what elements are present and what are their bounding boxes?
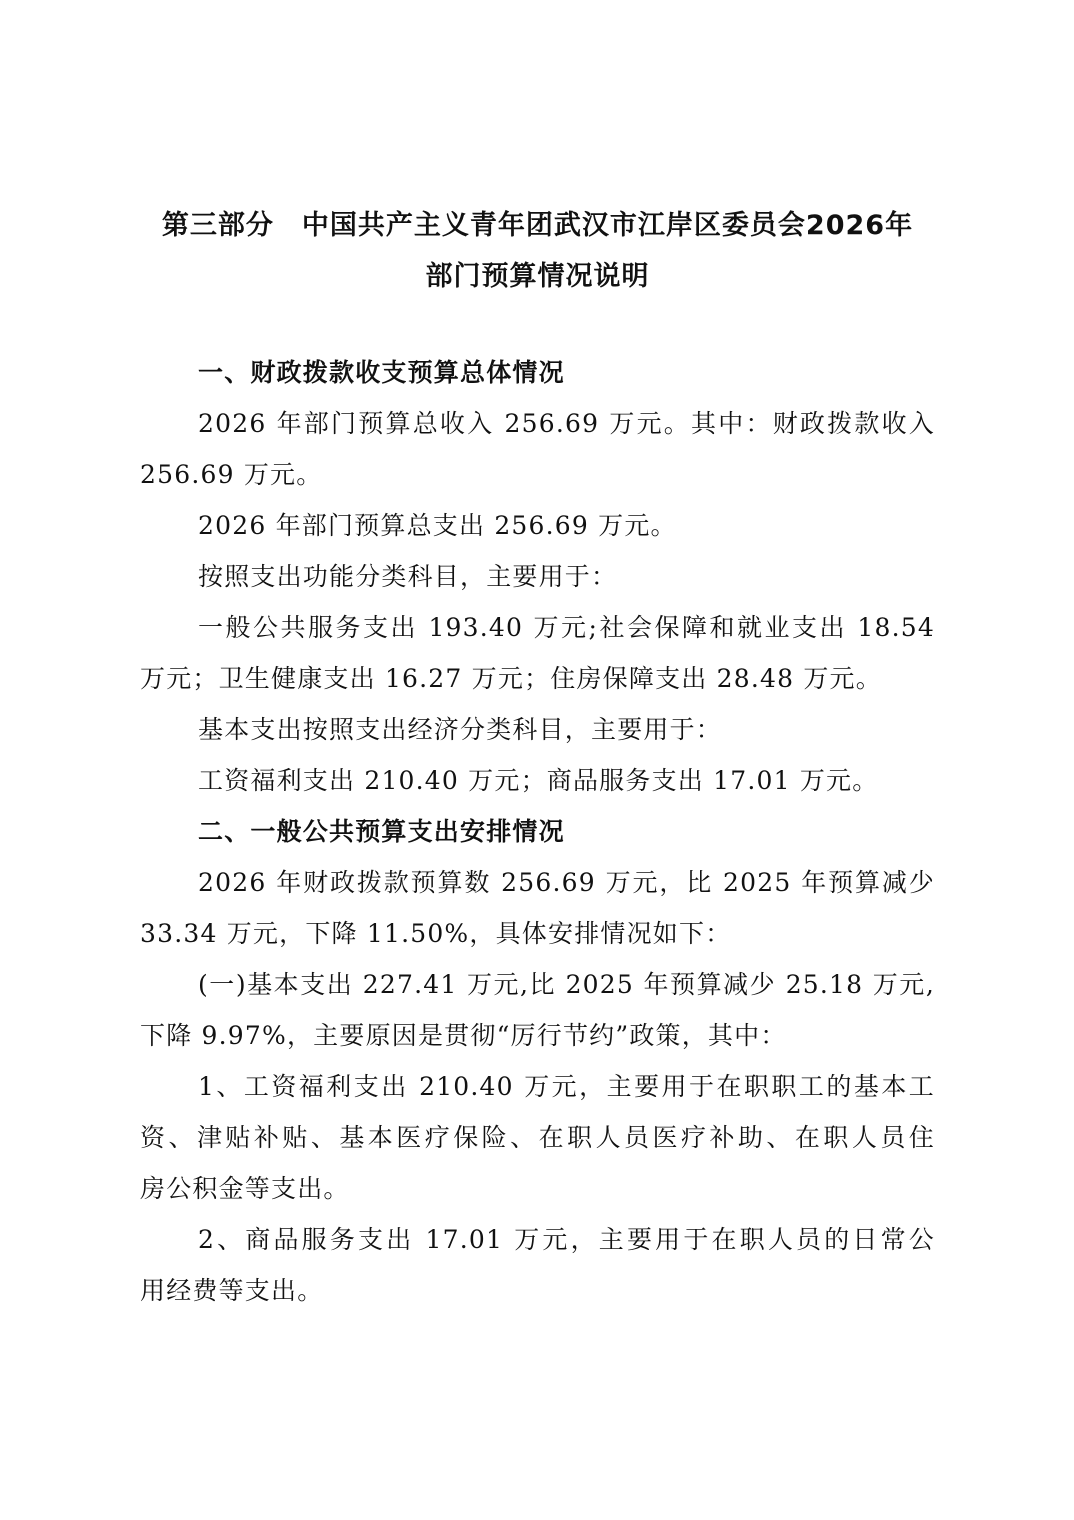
section-2-paragraph-2-line-2: 下降 9.97%，主要原因是贯彻“厉行节约”政策，其中： [140,1019,935,1053]
section-2-paragraph-3-line-1: 1、工资福利支出 210.40 万元，主要用于在职职工的基本工 [198,1070,935,1104]
document-title-line-1: 第三部分 中国共产主义青年团武汉市江岸区委员会2026年 [140,203,935,242]
document-page: 第三部分 中国共产主义青年团武汉市江岸区委员会2026年 部门预算情况说明 一、… [0,0,1074,1520]
section-1-paragraph-4-line-1: 一般公共服务支出 193.40 万元;社会保障和就业支出 18.54 [198,611,935,645]
section-2-paragraph-2-line-1: (一)基本支出 227.41 万元,比 2025 年预算减少 25.18 万元, [198,968,935,1002]
section-2-heading: 二、一般公共预算支出安排情况 [198,815,935,849]
section-2-paragraph-4-line-2: 用经费等支出。 [140,1274,935,1308]
section-2-paragraph-4-line-1: 2、商品服务支出 17.01 万元，主要用于在职人员的日常公 [198,1223,935,1257]
section-1-paragraph-1-line-1: 2026 年部门预算总收入 256.69 万元。其中：财政拨款收入 [198,407,935,441]
section-1-paragraph-4-line-2: 万元；卫生健康支出 16.27 万元；住房保障支出 28.48 万元。 [140,662,935,696]
document-title-line-2: 部门预算情况说明 [140,254,935,293]
section-2-paragraph-1-line-1: 2026 年财政拨款预算数 256.69 万元，比 2025 年预算减少 [198,866,935,900]
section-1-paragraph-3: 按照支出功能分类科目，主要用于： [198,560,935,594]
section-1-paragraph-1-line-2: 256.69 万元。 [140,458,935,492]
section-1-heading: 一、财政拨款收支预算总体情况 [198,356,935,390]
section-1-paragraph-5: 基本支出按照支出经济分类科目，主要用于： [198,713,935,747]
section-2-paragraph-3-line-3: 房公积金等支出。 [140,1172,935,1206]
section-2-paragraph-3-line-2: 资、津贴补贴、基本医疗保险、在职人员医疗补助、在职人员住 [140,1121,935,1155]
section-1-paragraph-6: 工资福利支出 210.40 万元；商品服务支出 17.01 万元。 [198,764,935,798]
section-1-paragraph-2: 2026 年部门预算总支出 256.69 万元。 [198,509,935,543]
section-2-paragraph-1-line-2: 33.34 万元，下降 11.50%，具体安排情况如下： [140,917,935,951]
